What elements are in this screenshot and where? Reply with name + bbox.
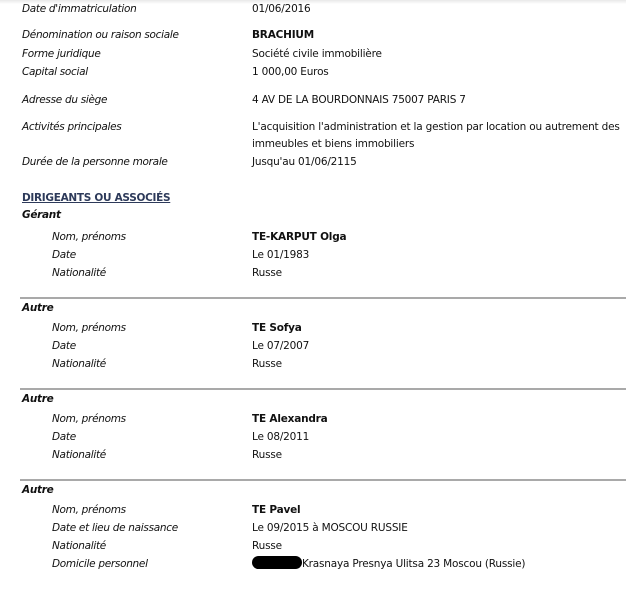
person-name: TE-KARPUT Olga	[252, 229, 346, 245]
field-value: Russe	[252, 356, 282, 372]
person-field: Nom, prénoms TE-KARPUT Olga	[0, 229, 626, 245]
person-field: Date Le 08/2011	[0, 429, 626, 445]
person-role: Autre	[22, 484, 53, 496]
field-forme-juridique: Forme juridique Société civile immobiliè…	[0, 46, 626, 62]
person-field: Date Le 01/1983	[0, 247, 626, 263]
field-value: Russe	[252, 447, 282, 463]
field-value: Russe	[252, 265, 282, 281]
person-name: TE Sofya	[252, 320, 302, 336]
person-field: Date Le 07/2007	[0, 338, 626, 354]
address-text: Krasnaya Presnya Ulitsa 23 Moscou (Russi…	[302, 558, 525, 570]
divider	[20, 479, 626, 481]
field-label: Durée de la personne morale	[22, 154, 168, 170]
field-label: Activités principales	[22, 119, 121, 135]
field-value: Le 09/2015 à MOSCOU RUSSIE	[252, 520, 408, 536]
field-label: Date	[52, 247, 76, 263]
field-label: Nom, prénoms	[52, 229, 126, 245]
person-field: Nationalité Russe	[0, 356, 626, 372]
section-heading-dirigeants: DIRIGEANTS OU ASSOCIÉS	[22, 192, 170, 204]
field-label: Nom, prénoms	[52, 320, 126, 336]
field-value: Jusqu'au 01/06/2115	[252, 154, 357, 170]
person-field: Nom, prénoms TE Alexandra	[0, 411, 626, 427]
field-value: Le 01/1983	[252, 247, 309, 263]
field-label: Capital social	[22, 64, 88, 80]
field-label: Domicile personnel	[52, 556, 148, 572]
field-capital-social: Capital social 1 000,00 Euros	[0, 64, 626, 80]
field-value-domicile: Krasnaya Presnya Ulitsa 23 Moscou (Russi…	[252, 556, 525, 572]
field-label: Dénomination ou raison sociale	[22, 27, 179, 43]
field-label: Nationalité	[52, 265, 106, 281]
person-name: TE Alexandra	[252, 411, 328, 427]
person-field: Date et lieu de naissance Le 09/2015 à M…	[0, 520, 626, 536]
field-label: Date et lieu de naissance	[52, 520, 178, 536]
person-field: Nom, prénoms TE Pavel	[0, 502, 626, 518]
field-label: Nom, prénoms	[52, 411, 126, 427]
field-value: Le 07/2007	[252, 338, 309, 354]
divider	[20, 388, 626, 390]
field-value: 01/06/2016	[252, 1, 311, 17]
field-label: Date	[52, 338, 76, 354]
divider	[20, 297, 626, 299]
field-value: Russe	[252, 538, 282, 554]
field-label: Date d'immatriculation	[22, 1, 136, 17]
field-label: Nationalité	[52, 447, 106, 463]
field-denomination: Dénomination ou raison sociale BRACHIUM	[0, 27, 626, 43]
field-value: Le 08/2011	[252, 429, 309, 445]
person-role: Autre	[22, 302, 53, 314]
field-value: L'acquisition l'administration et la ges…	[252, 119, 622, 153]
field-date-immatriculation: Date d'immatriculation 01/06/2016	[0, 1, 626, 17]
field-label: Nom, prénoms	[52, 502, 126, 518]
redaction-mark	[252, 556, 302, 569]
person-field: Nom, prénoms TE Sofya	[0, 320, 626, 336]
person-field: Domicile personnel Krasnaya Presnya Ulit…	[0, 556, 626, 572]
field-duree: Durée de la personne morale Jusqu'au 01/…	[0, 154, 626, 170]
field-label: Nationalité	[52, 356, 106, 372]
person-field: Nationalité Russe	[0, 265, 626, 281]
field-adresse-siege: Adresse du siège 4 AV DE LA BOURDONNAIS …	[0, 92, 626, 108]
field-value: Société civile immobilière	[252, 46, 382, 62]
person-field: Nationalité Russe	[0, 447, 626, 463]
field-value: 4 AV DE LA BOURDONNAIS 75007 PARIS 7	[252, 92, 466, 108]
field-label: Date	[52, 429, 76, 445]
field-label: Adresse du siège	[22, 92, 107, 108]
field-activites: Activités principales L'acquisition l'ad…	[0, 119, 626, 155]
person-role: Autre	[22, 393, 53, 405]
field-label: Forme juridique	[22, 46, 100, 62]
company-name: BRACHIUM	[252, 27, 314, 43]
person-role: Gérant	[22, 209, 61, 221]
person-field: Nationalité Russe	[0, 538, 626, 554]
field-label: Nationalité	[52, 538, 106, 554]
person-name: TE Pavel	[252, 502, 300, 518]
field-value: 1 000,00 Euros	[252, 64, 329, 80]
